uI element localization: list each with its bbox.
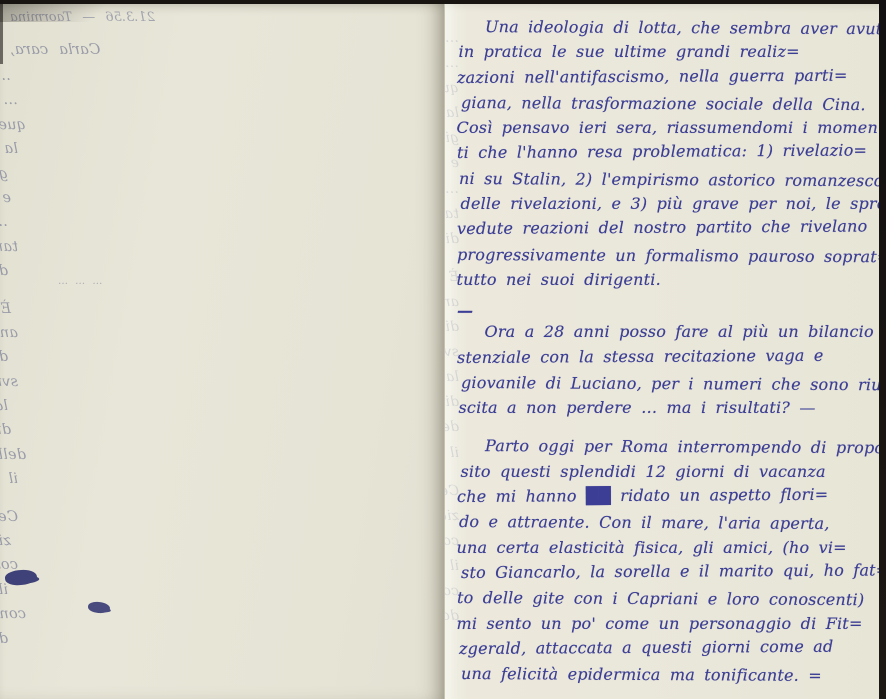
handwritten-line: gi = Ora spero che il mito saggio il nuc… [8,162,438,186]
handwritten-line: zazioni nell'antifascismo, nella guerra … [457,65,881,90]
handwritten-line: e si costringe a considerare questi anni… [11,186,438,210]
handwritten-line: giovanile di Luciano, per i numeri che s… [461,370,881,395]
handwritten-line: tanto. L'animo nasconde altre cose per q… [18,235,438,259]
letter-spread: 21.3.56 — Taormina Carla cara, … commoss… [0,0,886,699]
date-text: 21.3.56 — Taormina [10,10,155,25]
handwritten-line: sito questi splendidi 12 giorni di vacan… [461,459,881,484]
handwritten-line: È una annientata la lettura a … Non è [11,297,438,321]
handwritten-line: andata male una che … criticando mi [18,321,438,345]
handwritten-line: quella che sera di Marx = il pensare un … [26,113,438,137]
paragraph-gap [457,420,881,433]
handwritten-line: to delle gite con i Capriani e loro cono… [457,585,881,610]
handwritten-line: tutto nei suoi dirigenti. [457,267,881,292]
handwritten-line: il peso di posizioni più elaborate e cos… [18,467,438,491]
greeting-text: Carla cara, [10,40,100,58]
right-page: … commossa la tua lettera mi è stata div… [444,0,886,699]
handwritten-line: Certamente io al fondo di tutto ho una s… [18,505,438,529]
handwritten-line: mi sento un po' come un personaggio di F… [457,611,881,636]
handwritten-line: ni su Stalin, 2) l'empirismo astorico ro… [459,166,881,191]
handwritten-line: … che almeno le azioni e = fare = altret… [8,210,438,234]
handwritten-line: lavoro comune, efficace e sincero sino s… [8,394,438,418]
handwritten-line: stenziale con la stessa recitazione vaga… [457,345,881,370]
greeting-line: Carla cara, [10,40,100,58]
date-line: 21.3.56 — Taormina [10,10,155,25]
scan-edge-top [0,0,886,4]
handwritten-line: scita a non perdere … ma i risultati? — [459,395,881,420]
handwritten-line: il disagio che sentivamo è attuale, oggi [8,578,438,602]
handwritten-line: una certa elasticità fisica, gli amici, … [457,535,881,560]
scanned-letter: { "letter": { "language": "italiano", "i… [0,0,886,699]
handwritten-line: donna all'ideologia del partito = [8,627,438,651]
handwritten-line: in pratica le sue ultime grandi realiz= [459,39,881,64]
handwritten-line: vedute reazioni del nostro partito che r… [457,216,881,241]
handwritten-line: do e attraente. Con il mare, l'aria aper… [459,509,881,534]
interlinear-note: … … … [58,276,104,287]
handwritten-line: Parto oggi per Roma interrompendo di pro… [457,433,881,458]
handwritten-line: di uno sforzo fuori troppo dalla atmosfe… [11,418,438,442]
handwritten-line: Così pensavo ieri sera, riassumendomi i … [457,115,881,140]
scan-edge-left [0,0,3,64]
handwritten-line: zione di incertezza, come … temo in [11,529,438,553]
handwritten-line: che mi hanno ██ ridato un aspetto flori= [457,484,881,509]
handwritten-line: sviluppo di ricerca, sua e artistica e n… [18,370,438,394]
left-page: 21.3.56 — Taormina Carla cara, … commoss… [0,0,444,699]
handwritten-line: della sua intelligenza per lasciare agli… [26,443,438,467]
right-page-handwriting: Una ideologia di lotta, che sembra aver … [457,14,881,686]
handwritten-line: ti che l'hanno resa problematica: 1) riv… [457,140,881,165]
handwritten-line: cosa valide da … in cosa mi [18,553,438,577]
handwritten-line: una felicità epidermica ma tonificante. … [461,661,881,686]
handwritten-line: diceva il meccanismo = sono nette, per m… [8,345,438,369]
paragraph-gap [8,492,438,505]
handwritten-line: la valutazione esatta e vera del loro mo… [18,137,438,161]
handwritten-line: sto Giancarlo, la sorella e il marito qu… [461,560,881,585]
handwritten-line: giana, nella trasformazione sociale dell… [461,90,881,115]
handwritten-line: … commossa la tua lettera mi è stata div… [11,64,438,88]
left-page-handwriting: … commossa la tua lettera mi è stata div… [8,64,438,651]
handwritten-line: delle rivelazioni, e 3) più grave per no… [461,191,881,216]
paragraph-gap [457,292,881,305]
handwritten-line: … per quello che dici di Brecht = [18,88,438,112]
scan-edge-right [879,0,886,699]
handwritten-line: Ora a 28 anni posso fare al più un bilan… [457,319,881,344]
handwritten-line: Una ideologia di lotta, che sembra aver … [457,14,881,39]
handwritten-line: progressivamente un formalismo pauroso s… [457,242,881,267]
handwritten-line: zgerald, attaccata a questi giorni come … [459,636,881,661]
handwritten-line: — [457,305,881,319]
